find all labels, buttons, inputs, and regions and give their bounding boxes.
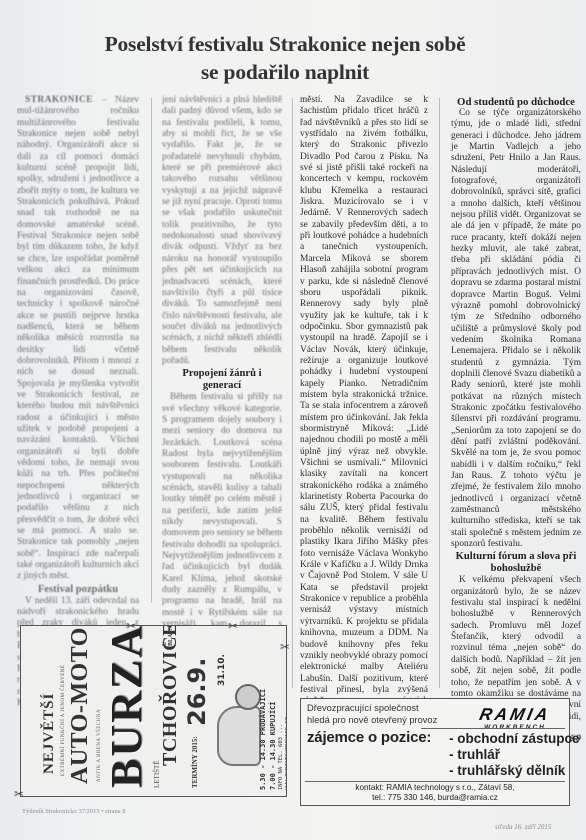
ramia-logo: RAMIA WORKBENCH bbox=[467, 706, 563, 734]
column-divider bbox=[151, 98, 152, 603]
car-illustration-icon bbox=[217, 706, 261, 766]
vw-badge-icon bbox=[235, 684, 261, 710]
ad-location-sub: U BLATNÉ bbox=[162, 625, 174, 646]
burza-advertisement: NEJVĚTŠÍ EXTRÉMNÍ FUNKČNÍ A JENOM ČERVEN… bbox=[20, 625, 287, 797]
ad-lead: zájemce o pozice: bbox=[307, 729, 431, 746]
paragraph: Co se týče organizátorského týmu, jde o … bbox=[451, 108, 581, 550]
ad-intro: Dřevozpracující společnost hledá pro nov… bbox=[307, 703, 437, 726]
ad-date-secondary: 31.10. bbox=[217, 654, 227, 686]
ad-website: WWW.BURZATCHOROVICE.CZ bbox=[285, 717, 287, 790]
article-headline: Poselství festivalu Strakonice nejen sob… bbox=[40, 30, 530, 86]
subheading: Od studentů po důchodce bbox=[451, 96, 581, 108]
ad-info-phone: INFO NA TEL. 603 ... bbox=[278, 724, 284, 790]
article-column-4: Od studentů po důchodce Co se týče organ… bbox=[451, 95, 581, 685]
article-column-2: jení návštěvníci a plná hlediště dali pa… bbox=[162, 95, 282, 595]
column-divider bbox=[439, 98, 440, 688]
footer-issue-info: Týdeník Strakonicko 37/2015 • strana 8 bbox=[22, 808, 126, 815]
position-item: - truhlář bbox=[449, 747, 500, 762]
ad-date-main: 26.9. bbox=[183, 658, 211, 726]
divider bbox=[305, 781, 565, 782]
ad-line-auto-moto: AUTO-MOTO bbox=[67, 627, 94, 784]
article-column-1: STRAKONICE – Název mul-tižánrového roční… bbox=[17, 95, 139, 595]
dateline: STRAKONICE bbox=[25, 95, 93, 105]
subheading: Propojení žánrů i generací bbox=[162, 368, 282, 392]
paragraph: STRAKONICE – Název mul-tižánrového roční… bbox=[17, 95, 139, 583]
ad-subline: EXTRÉMNÍ FUNKČNÍ A JENOM ČERVENÉ bbox=[61, 665, 66, 776]
scissors-icon: ✂ bbox=[280, 640, 290, 655]
paragraph: jení návštěvníci a plná hlediště dali pa… bbox=[162, 95, 282, 367]
ad-location: TCHOŘOVICE bbox=[159, 625, 182, 766]
divider bbox=[421, 728, 565, 729]
ad-line-burza: BURZA bbox=[101, 625, 152, 788]
article-column-3: městí. Na Zavadilce se k šachistům přida… bbox=[300, 95, 428, 680]
scissors-icon: ✂ bbox=[228, 619, 238, 634]
headline-line-2: se podařilo naplnit bbox=[40, 58, 530, 86]
headline-line-1: Poselství festivalu Strakonice nejen sob… bbox=[40, 30, 530, 58]
column-divider bbox=[292, 98, 293, 688]
ad-line-largest: NEJVĚTŠÍ bbox=[41, 693, 58, 774]
ad-terms-label: TERMÍNY 2015: bbox=[191, 736, 199, 788]
subheading: Kulturní fórum a slova při bohoslužbě bbox=[451, 551, 581, 575]
position-item: - obchodní zástupce bbox=[449, 731, 580, 746]
ad-hours-sellers: 5.30 - 14.30 PRODÁVAJÍCÍ bbox=[259, 689, 267, 790]
position-item: - truhlářský dělník bbox=[449, 763, 565, 778]
ad-contact: kontakt: RAMIA technology s r.o., Zátaví… bbox=[301, 783, 569, 803]
ad-hours-buyers: 7.00 - 14.30 KUPUJÍCÍ bbox=[269, 701, 277, 790]
ramia-job-advertisement: Dřevozpracující společnost hledá pro nov… bbox=[300, 698, 570, 806]
scissors-icon: ✂ bbox=[14, 787, 24, 802]
scissors-icon: ✂ bbox=[126, 619, 136, 634]
subheading: Festival pozpátku bbox=[17, 584, 139, 596]
paragraph: městí. Na Zavadilce se k šachistům přida… bbox=[300, 95, 428, 753]
newspaper-page: Poselství festivalu Strakonice nejen sob… bbox=[0, 0, 586, 840]
footer-date: středa 16. září 2015 bbox=[495, 823, 551, 831]
burza-ad-content: NEJVĚTŠÍ EXTRÉMNÍ FUNKČNÍ A JENOM ČERVEN… bbox=[21, 626, 286, 796]
